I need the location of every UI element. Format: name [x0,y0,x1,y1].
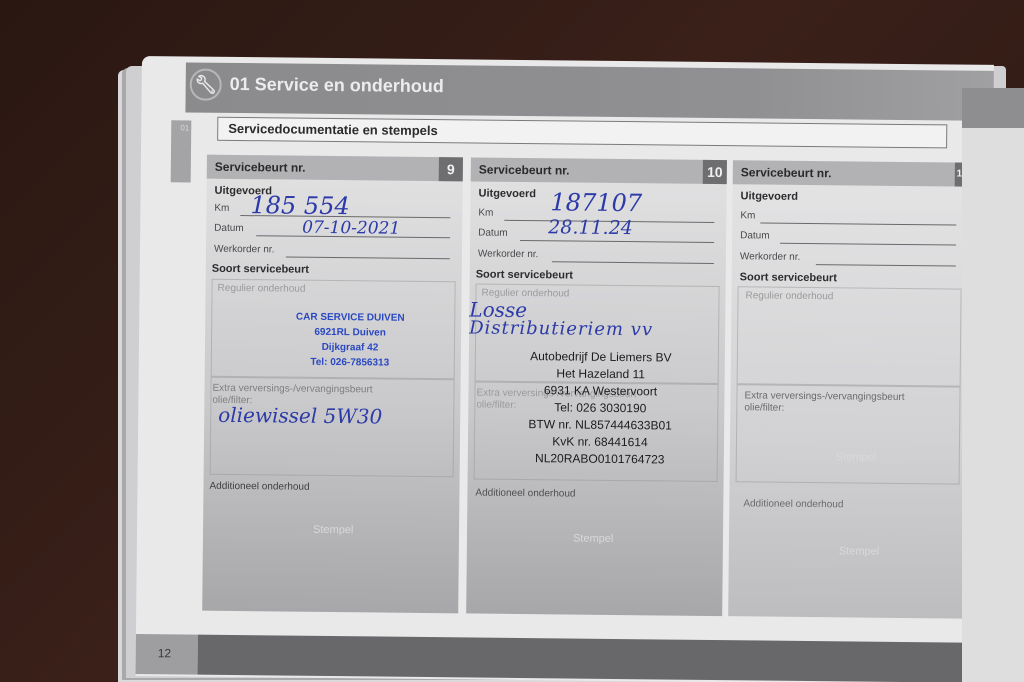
stempel-placeholder: Stempel [839,545,879,557]
card-header-label: Servicebeurt nr. [479,163,570,178]
datum-field[interactable] [780,243,956,246]
datum-field[interactable] [520,240,714,243]
werkorder-label: Werkorder nr. [478,249,539,261]
km-label: Km [214,203,229,214]
uitgevoerd-label: Uitgevoerd [479,188,537,201]
km-value: 187107 [550,188,642,217]
stempel-placeholder: Stempel [313,524,353,536]
soort-label: Soort servicebeurt [212,263,309,276]
chapter-side-tab: 01 [171,120,192,182]
facing-page [962,88,1024,682]
booklet-page: 🔧︎ 01 Service en onderhoud 01 Servicedoc… [136,56,994,682]
service-card-9: Servicebeurt nr. 9 Uitgevoerd Km 185 554… [202,155,463,614]
page-number-box: 12 [136,634,198,675]
card-header: Servicebeurt nr. 11 [733,160,969,186]
extra-label-1: Extra verversings-/vervangingsbeurt [744,390,904,403]
stempel-placeholder: Stempel [573,533,613,545]
werkorder-label: Werkorder nr. [214,244,275,256]
stamp-line: Tel: 026-7856313 [275,354,425,371]
km-label: Km [478,208,493,219]
stamp-line: Dijkgraaf 42 [275,339,425,356]
card-number: 10 [703,160,727,184]
soort-label: Soort servicebeurt [476,269,573,282]
regulier-label: Regulier onderhoud [218,283,306,295]
extra-label-1: Extra verversings-/vervangingsbeurt [212,383,372,396]
service-card-11: Servicebeurt nr. 11 Uitgevoerd Km Datum … [728,160,969,618]
datum-value: 28.11.24 [548,216,633,239]
stempel-placeholder: Stempel [836,451,876,463]
additioneel-label: Additioneel onderhoud [209,481,309,493]
datum-label: Datum [214,223,244,234]
section-title: Servicedocumentatie en stempels [228,121,438,138]
card-header: Servicebeurt nr. 10 [471,157,727,184]
service-card-10: Servicebeurt nr. 10 Uitgevoerd Km 187107… [466,157,727,616]
chapter-title: 01 Service en onderhoud [230,74,444,97]
dealer-stamp-car-service-duiven: CAR SERVICE DUIVEN 6921RL Duiven Dijkgra… [275,309,426,371]
wrench-icon: 🔧︎ [190,69,222,101]
werkorder-field[interactable] [816,264,956,266]
werkorder-field[interactable] [552,261,714,264]
regulier-note-2: Distributieriem vv [469,317,653,340]
footer-bar [198,635,988,682]
datum-label: Datum [478,228,508,239]
werkorder-label: Werkorder nr. [740,251,801,263]
additioneel-label: Additioneel onderhoud [743,498,843,510]
dealer-stamp-autobedrijf-de-liemers: Autobedrijf De Liemers BV Het Hazeland 1… [492,348,709,469]
datum-label: Datum [740,230,770,241]
datum-value: 07-10-2021 [302,218,400,239]
km-field[interactable] [760,222,956,225]
stamp-line: CAR SERVICE DUIVEN [275,309,425,326]
stempel-placeholder: Stempel [827,333,867,345]
card-header-label: Servicebeurt nr. [741,165,832,180]
section-header: Servicedocumentatie en stempels [217,117,947,149]
card-header-label: Servicebeurt nr. [215,160,306,175]
km-label: Km [740,210,755,221]
additioneel-label: Additioneel onderhoud [475,488,575,500]
stamp-line: NL20RABO0101764723 [492,450,708,469]
extra-label-2: olie/filter: [744,402,784,413]
uitgevoerd-label: Uitgevoerd [741,190,799,203]
werkorder-field[interactable] [286,257,450,260]
km-value: 185 554 [250,191,350,220]
card-number: 9 [439,157,463,181]
page-number: 12 [158,646,172,660]
regulier-label: Regulier onderhoud [745,290,833,302]
extra-note: oliewissel 5W30 [218,403,382,429]
card-header: Servicebeurt nr. 9 [207,155,463,182]
facing-page-header-bar [962,88,1024,128]
soort-label: Soort servicebeurt [740,271,837,284]
stamp-line: 6921RL Duiven [275,324,425,341]
